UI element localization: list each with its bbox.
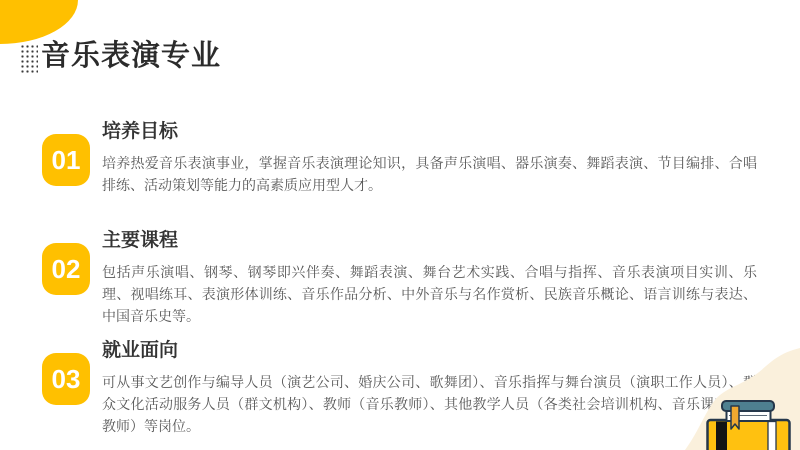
section-content: 培养目标 培养热爱音乐表演事业，掌握音乐表演理论知识，具备声乐演唱、器乐演奏、舞… xyxy=(102,120,757,196)
top-book-cover xyxy=(722,401,774,411)
section-number-badge: 01 xyxy=(42,134,90,186)
corner-blob xyxy=(0,0,78,44)
section-main-courses: 02 主要课程 包括声乐演唱、钢琴、钢琴即兴伴奏、舞蹈表演、舞台艺术实践、合唱与… xyxy=(42,229,757,327)
page-title: 音乐表演专业 xyxy=(41,40,221,73)
section-heading: 主要课程 xyxy=(102,229,757,253)
section-heading: 培养目标 xyxy=(102,120,757,144)
section-number-badge: 02 xyxy=(42,243,90,295)
books-illustration xyxy=(650,340,800,450)
section-number-badge: 03 xyxy=(42,353,90,405)
slide-header: 音乐表演专业 xyxy=(20,40,221,73)
presentation-slide: 音乐表演专业 01 培养目标 培养热爱音乐表演事业，掌握音乐表演理论知识，具备声… xyxy=(0,0,800,450)
section-content: 主要课程 包括声乐演唱、钢琴、钢琴即兴伴奏、舞蹈表演、舞台艺术实践、合唱与指挥、… xyxy=(102,229,757,327)
section-body: 包括声乐演唱、钢琴、钢琴即兴伴奏、舞蹈表演、舞台艺术实践、合唱与指挥、音乐表演项… xyxy=(102,261,757,327)
bottom-book-black-stripe xyxy=(716,422,727,450)
section-body: 培养热爱音乐表演事业，掌握音乐表演理论知识，具备声乐演唱、器乐演奏、舞蹈表演、节… xyxy=(102,152,757,196)
section-training-objectives: 01 培养目标 培养热爱音乐表演事业，掌握音乐表演理论知识，具备声乐演唱、器乐演… xyxy=(42,120,757,196)
bottom-book-white-stripe xyxy=(768,422,776,450)
dot-grid-icon xyxy=(20,44,38,73)
